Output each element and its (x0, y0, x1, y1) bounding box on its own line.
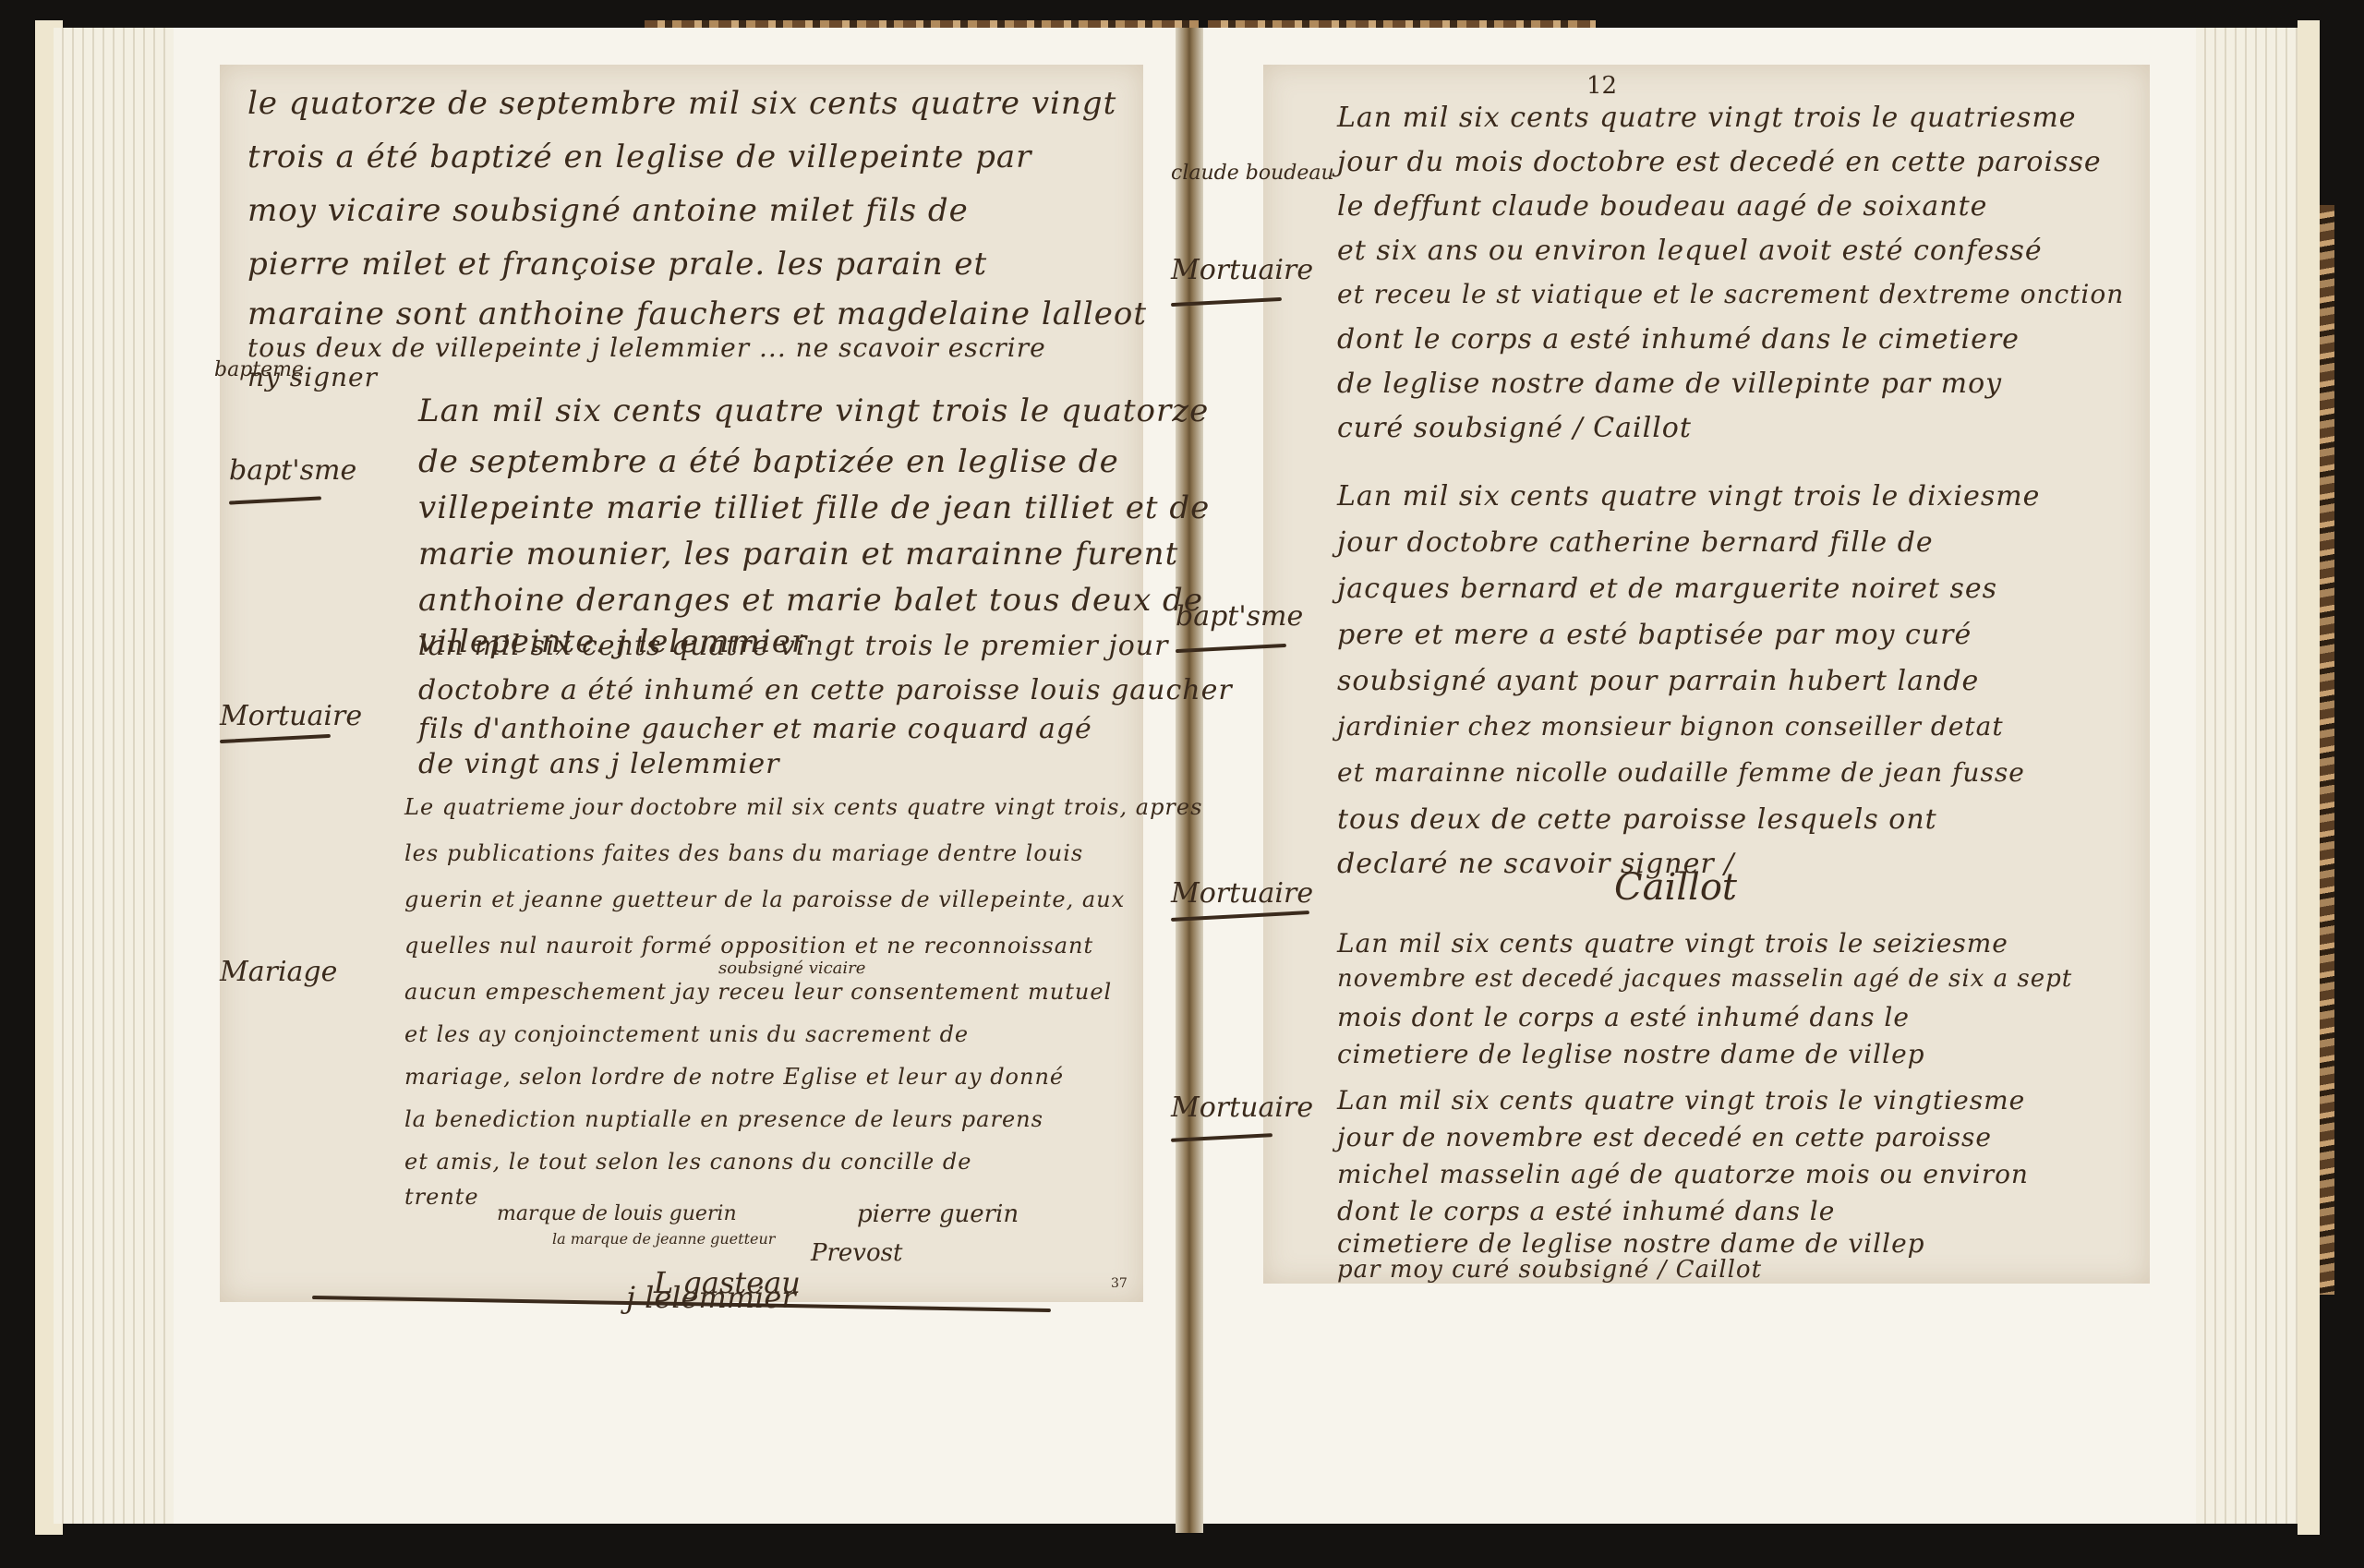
right-page-stack (2196, 28, 2298, 1524)
text-line: Lan mil six cents quatre vingt trois le … (1337, 102, 2077, 134)
text-line: dont le corps a esté inhumé dans le cime… (1337, 323, 2020, 356)
text-line: tous deux de villepeinte j lelemmier ...… (247, 332, 1046, 363)
text-line: et marainne nicolle oudaille femme de je… (1337, 757, 2025, 788)
margin-note: Mortuaire (1171, 1092, 1313, 1124)
margin-note: Mortuaire (220, 700, 362, 732)
text-line: moy vicaire soubsigné antoine milet fils… (247, 192, 969, 229)
text-line: par moy curé soubsigné / Caillot (1337, 1256, 1762, 1284)
margin-rule (220, 734, 331, 743)
signature: marque de louis guerin (497, 1202, 737, 1225)
text-line: cimetiere de leglise nostre dame de vill… (1337, 1039, 1925, 1069)
right-manuscript-sheet: 12 claude boudeau Mortuaire bapt'sme Mor… (1263, 65, 2150, 1284)
signature: Prevost (811, 1239, 902, 1267)
signature: j lelemmier (626, 1280, 796, 1315)
text-line: tous deux de cette paroisse lesquels ont (1337, 803, 1937, 836)
text-line: trois a été baptizé en leglise de villep… (247, 139, 1031, 175)
folio-number: 37 (1111, 1276, 1128, 1291)
margin-note: bapt'sme (229, 454, 356, 487)
left-page-stack (54, 28, 174, 1524)
text-line: mariage, selon lordre de notre Eglise et… (404, 1064, 1064, 1090)
text-line: et six ans ou environ lequel avoit esté … (1337, 235, 2043, 267)
interlinear-note: soubsigné vicaire (718, 959, 865, 978)
text-line: fils d'anthoine gaucher et marie coquard… (418, 713, 1092, 745)
text-line: Lan mil six cents quatre vingt trois le … (1337, 928, 2008, 959)
text-line: de vingt ans j lelemmier (418, 748, 779, 780)
text-line: guerin et jeanne guetteur de la paroisse… (404, 887, 1125, 912)
text-line: mois dont le corps a esté inhumé dans le (1337, 1002, 1910, 1032)
margin-note: bapt'sme (1176, 600, 1303, 633)
text-line: les publications faites des bans du mari… (404, 840, 1083, 866)
text-line: villepeinte marie tilliet fille de jean … (418, 489, 1210, 526)
text-line: jour de novembre est decedé en cette par… (1337, 1122, 1992, 1152)
text-line: trente (404, 1184, 479, 1210)
text-line: jour du mois doctobre est decedé en cett… (1337, 146, 2102, 178)
margin-rule (229, 496, 321, 504)
text-line: le deffunt claude boudeau aagé de soixan… (1337, 190, 1987, 223)
text-line: jour doctobre catherine bernard fille de (1337, 526, 1934, 559)
text-line: maraine sont anthoine fauchers et magdel… (247, 296, 1147, 332)
text-line: Lan mil six cents quatre vingt trois le … (1337, 480, 2040, 513)
text-line: quelles nul nauroit formé opposition et … (404, 933, 1093, 959)
text-line: novembre est decedé jacques masselin agé… (1337, 965, 2072, 993)
text-line: aucun empeschement jay receu leur consen… (404, 979, 1112, 1005)
margin-note: Mortuaire (1171, 254, 1313, 286)
text-line: jacques bernard et de marguerite noiret … (1337, 573, 1997, 605)
text-line: le quatorze de septembre mil six cents q… (247, 85, 1116, 122)
text-line: pere et mere a esté baptisée par moy cur… (1337, 619, 1972, 651)
signature: Caillot (1614, 866, 1737, 909)
left-manuscript-sheet: bapteme bapt'sme Mortuaire Mariage le qu… (220, 65, 1143, 1302)
text-line: soubsigné ayant pour parrain hubert land… (1337, 665, 1979, 697)
signature: pierre guerin (857, 1200, 1019, 1228)
text-line: anthoine deranges et marie balet tous de… (418, 582, 1203, 619)
text-line: de septembre a été baptizée en leglise d… (418, 443, 1119, 480)
text-line: cimetiere de leglise nostre dame de vill… (1337, 1228, 1925, 1259)
text-line: Lan mil six cents quatre vingt trois le … (1337, 1085, 2025, 1116)
text-line: et receu le st viatique et le sacrement … (1337, 279, 2124, 309)
folio-number: 12 (1586, 72, 1617, 100)
text-line: pierre milet et françoise prale. les par… (247, 246, 987, 283)
signature: la marque de jeanne guetteur (552, 1230, 775, 1248)
text-line: curé soubsigné / Caillot (1337, 412, 1692, 444)
text-line: Lan mil six cents quatre vingt trois le … (418, 392, 1209, 429)
margin-note: Mariage (220, 956, 337, 988)
text-line: lan mil six cents quatre vingt trois le … (418, 630, 1168, 662)
text-line: ny signer (247, 362, 378, 392)
right-cover-board (2298, 20, 2320, 1535)
margin-note: Mortuaire (1171, 877, 1313, 910)
text-line: la benediction nuptialle en presence de … (404, 1106, 1043, 1132)
margin-note: claude boudeau (1171, 162, 1334, 185)
text-line: michel masselin agé de quatorze mois ou … (1337, 1159, 2029, 1189)
text-line: marie mounier, les parain et marainne fu… (418, 536, 1178, 573)
text-line: jardinier chez monsieur bignon conseille… (1337, 711, 2004, 742)
text-line: et les ay conjoinctement unis du sacreme… (404, 1021, 969, 1047)
text-line: et amis, le tout selon les canons du con… (404, 1149, 971, 1175)
text-line: Le quatrieme jour doctobre mil six cents… (404, 794, 1202, 820)
text-line: dont le corps a esté inhumé dans le (1337, 1196, 1835, 1226)
open-book: bapteme bapt'sme Mortuaire Mariage le qu… (35, 20, 2334, 1535)
text-line: de leglise nostre dame de villepinte par… (1337, 368, 2002, 400)
text-line: doctobre a été inhumé en cette paroisse … (418, 674, 1233, 706)
